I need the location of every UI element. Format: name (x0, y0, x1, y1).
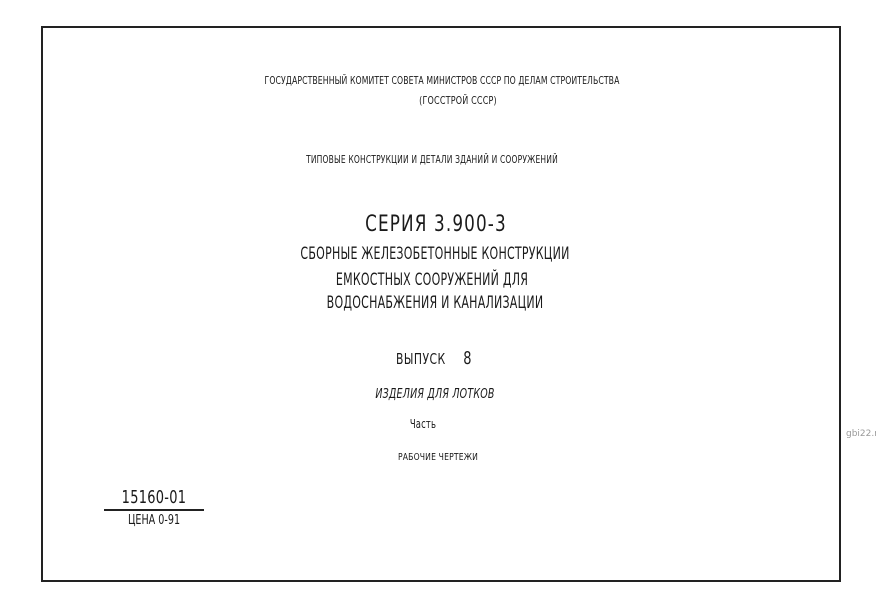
inventory-divider (104, 509, 204, 511)
inventory-code: 15160-01 (114, 488, 194, 508)
price-label: Цена 0-91 (113, 512, 195, 529)
document-title-line-2: емкостных сооружений для (117, 270, 748, 290)
document-title-line-1: Сборные железобетонные конструкции (120, 244, 751, 264)
drawings-type-label: Рабочие чертежи (66, 452, 811, 463)
inventory-price-block: 15160-01 Цена 0-91 (104, 488, 204, 529)
issue-label: Выпуск (396, 350, 446, 368)
category-heading: Типовые конструкции и детали зданий и со… (82, 154, 783, 166)
ministry-heading: Государственный комитет Совета Министров… (83, 75, 801, 87)
part-label: Часть (81, 417, 764, 431)
ministry-abbreviation: (Госстрой СССР) (86, 95, 831, 107)
issue-number: 8 (463, 348, 472, 369)
issue-heading: Выпуск8 (84, 348, 785, 369)
document-title-line-3: водоснабжения и канализации (120, 293, 751, 313)
issue-subject: Изделия для лотков (93, 386, 776, 402)
series-title: Серия 3.900-3 (64, 212, 809, 237)
watermark-text: gbi22.ru (846, 429, 876, 439)
